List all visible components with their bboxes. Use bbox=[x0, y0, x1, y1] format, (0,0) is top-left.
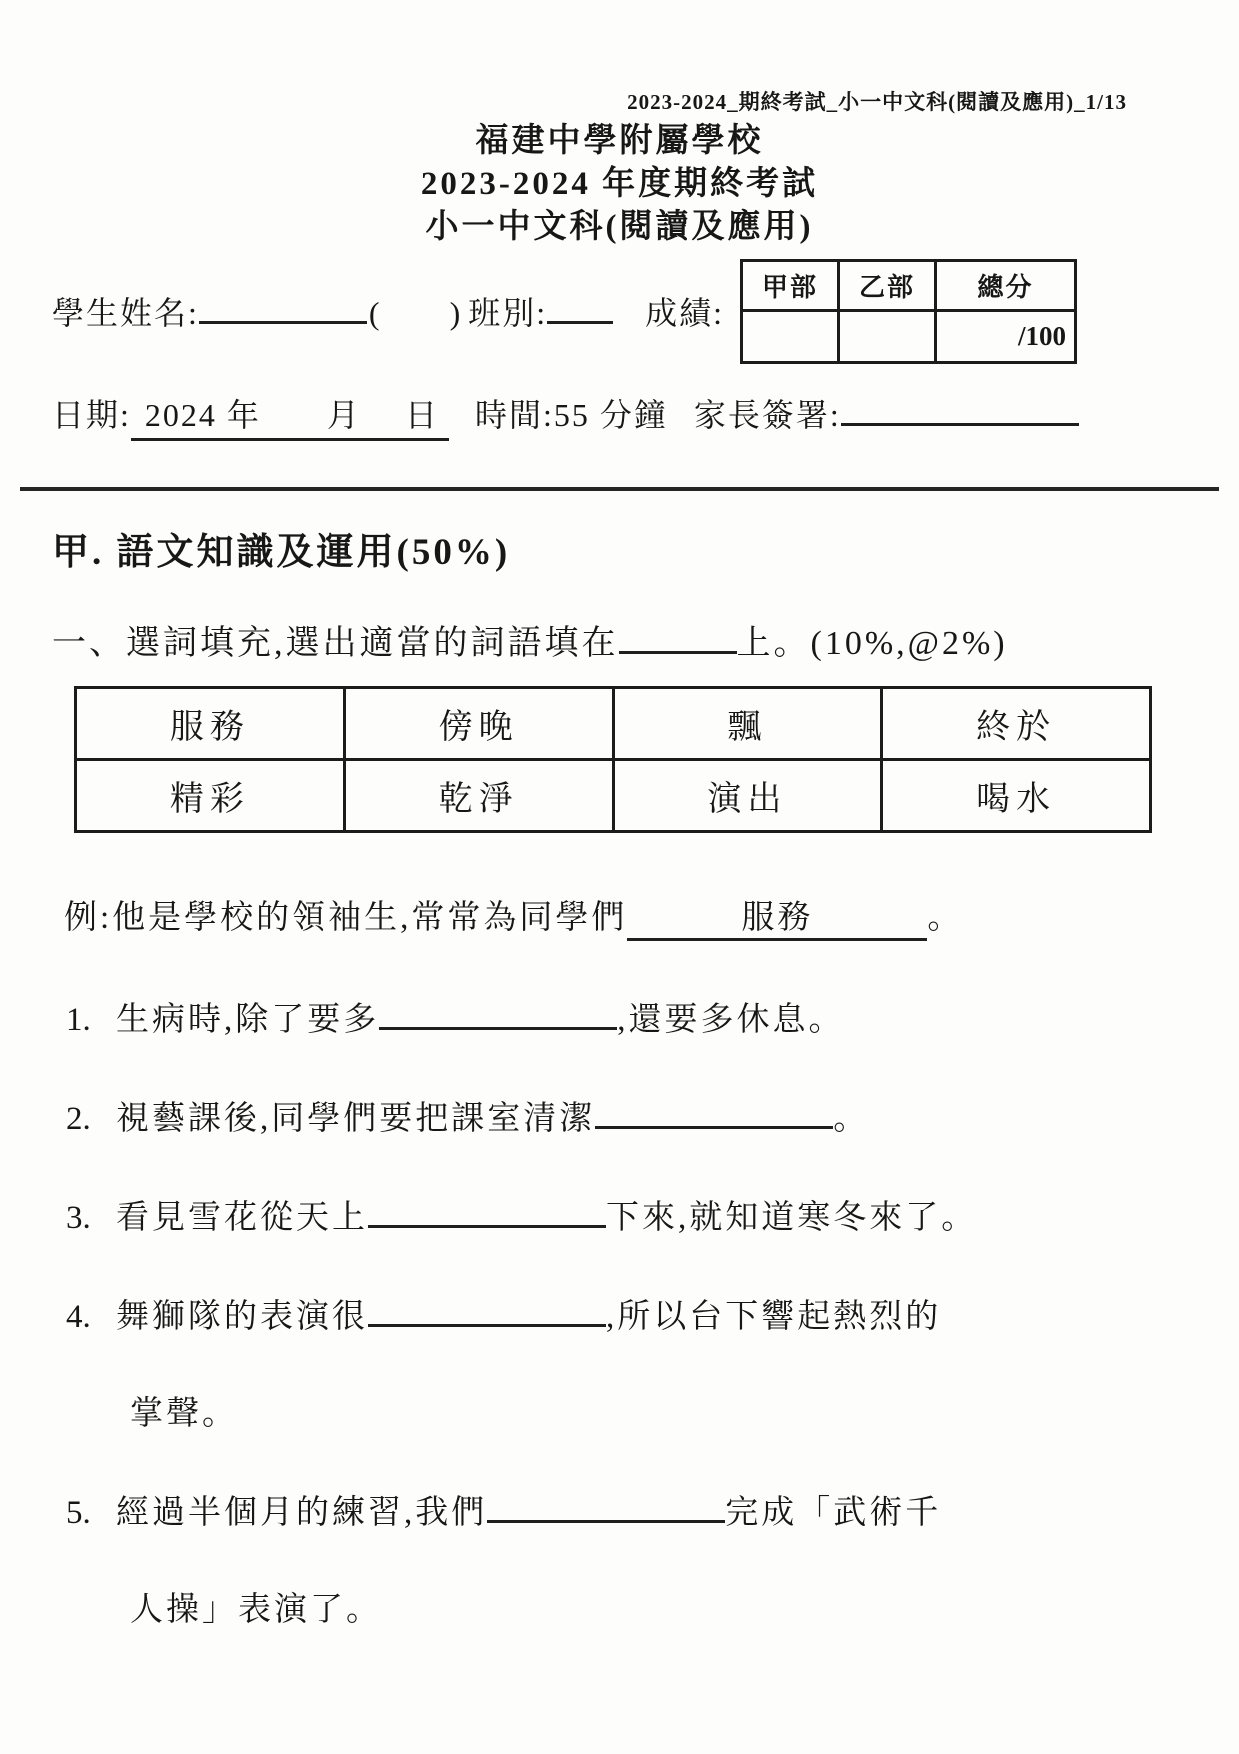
question-text-pre: 舞獅隊的表演很 bbox=[116, 1299, 368, 1335]
question-text-pre: 生病時,除了要多 bbox=[116, 1002, 379, 1038]
school-name: 福建中學附屬學校 bbox=[52, 120, 1187, 163]
question-text-pre: 經過半個月的練習,我們 bbox=[116, 1495, 487, 1531]
question-text-post: 下來,就知道寒冬來了。 bbox=[606, 1200, 977, 1236]
date-fill-line[interactable]: 2024 年月日 bbox=[131, 390, 449, 441]
class-field[interactable] bbox=[547, 321, 613, 324]
word-bank-table: 服務 傍晚 飄 終於 精彩 乾淨 演出 喝水 bbox=[74, 686, 1152, 833]
example-suffix: 。 bbox=[927, 900, 963, 936]
word-bank-cell: 傍晚 bbox=[344, 687, 613, 759]
class-label: 班別: bbox=[468, 288, 547, 334]
question-text-post: ,所以台下響起熱烈的 bbox=[606, 1299, 941, 1335]
question-text-post: 完成「武術千 bbox=[725, 1495, 941, 1531]
question-text: 視藝課後,同學們要把課室清潔。 bbox=[116, 1092, 869, 1139]
question-text: 看見雪花從天上下來,就知道寒冬來了。 bbox=[116, 1191, 977, 1238]
score-cell-part-a[interactable] bbox=[742, 310, 839, 362]
score-header-part-b: 乙部 bbox=[839, 260, 936, 310]
question-text-pre: 視藝課後,同學們要把課室清潔 bbox=[116, 1101, 595, 1137]
word-bank-cell: 精彩 bbox=[76, 759, 345, 831]
question-4: 4. 舞獅隊的表演很,所以台下響起熱烈的 bbox=[52, 1290, 1187, 1337]
date-label: 日期: bbox=[52, 390, 131, 436]
question-number: 5. bbox=[52, 1495, 116, 1532]
word-bank-cell: 乾淨 bbox=[344, 759, 613, 831]
question-text: 舞獅隊的表演很,所以台下響起熱烈的 bbox=[116, 1290, 941, 1337]
example-answer: 服務 bbox=[741, 900, 813, 936]
word-bank-cell: 演出 bbox=[613, 759, 882, 831]
question-text-post: ,還要多休息。 bbox=[617, 1002, 844, 1038]
word-bank-cell: 終於 bbox=[882, 687, 1151, 759]
score-header-part-a: 甲部 bbox=[742, 260, 839, 310]
exam-title: 2023-2024 年度期終考試 bbox=[52, 163, 1187, 206]
question-2: 2. 視藝課後,同學們要把課室清潔。 bbox=[52, 1092, 1187, 1139]
date-month-label: 月 bbox=[327, 397, 361, 433]
parent-signature-field[interactable] bbox=[841, 423, 1079, 426]
parent-signature-label: 家長簽署: bbox=[694, 390, 841, 436]
question-5: 5. 經過半個月的練習,我們完成「武術千 bbox=[52, 1486, 1187, 1533]
exam-subject: 小一中文科(閱讀及應用) bbox=[52, 206, 1187, 249]
question-1-instruction: 一、選詞填充,選出適當的詞語填在上。(10%,@2%) bbox=[52, 615, 1187, 664]
page-header-reference: 2023-2024_期終考試_小一中文科(閱讀及應用)_1/13 bbox=[52, 86, 1187, 116]
question-text: 生病時,除了要多,還要多休息。 bbox=[116, 993, 845, 1040]
question-text-pre: 看見雪花從天上 bbox=[116, 1200, 368, 1236]
student-name-label: 學生姓名: bbox=[52, 288, 199, 334]
answer-blank[interactable] bbox=[487, 1520, 725, 1523]
word-bank-row-1: 服務 傍晚 飄 終於 bbox=[76, 687, 1151, 759]
score-header-total: 總分 bbox=[936, 260, 1076, 310]
score-table-header-row: 甲部 乙部 總分 bbox=[742, 260, 1076, 310]
instruction-pre: 一、選詞填充,選出適當的詞語填在 bbox=[52, 625, 619, 662]
question-text-post: 。 bbox=[833, 1101, 869, 1137]
instruction-post: 上。(10%,@2%) bbox=[737, 625, 1008, 662]
exam-paper-page: 2023-2024_期終考試_小一中文科(閱讀及應用)_1/13 福建中學附屬學… bbox=[0, 0, 1239, 1754]
question-number: 2. bbox=[52, 1101, 116, 1138]
student-info-left: 學生姓名: ( ) 班別: 成績: bbox=[52, 288, 724, 334]
student-info-row: 學生姓名: ( ) 班別: 成績: 甲部 乙部 總分 /100 bbox=[52, 259, 1187, 364]
title-block: 福建中學附屬學校 2023-2024 年度期終考試 小一中文科(閱讀及應用) bbox=[52, 120, 1187, 249]
time-label: 時間:55 分鐘 bbox=[475, 390, 668, 436]
question-number: 3. bbox=[52, 1200, 116, 1237]
question-3: 3. 看見雪花從天上下來,就知道寒冬來了。 bbox=[52, 1191, 1187, 1238]
example-sentence: 例:他是學校的領袖生,常常為同學們服務。 bbox=[52, 891, 1187, 941]
word-bank-cell: 喝水 bbox=[882, 759, 1151, 831]
score-table-value-row: /100 bbox=[742, 310, 1076, 362]
word-bank-cell: 服務 bbox=[76, 687, 345, 759]
score-label: 成績: bbox=[645, 288, 724, 334]
instruction-blank bbox=[619, 651, 737, 654]
example-prefix: 例:他是學校的領袖生,常常為同學們 bbox=[64, 900, 627, 936]
question-text: 經過半個月的練習,我們完成「武術千 bbox=[116, 1486, 941, 1533]
answer-blank[interactable] bbox=[368, 1324, 606, 1327]
horizontal-divider bbox=[20, 487, 1219, 491]
word-bank-cell: 飄 bbox=[613, 687, 882, 759]
date-row: 日期: 2024 年月日 時間:55 分鐘 家長簽署: bbox=[52, 390, 1187, 441]
student-name-field[interactable] bbox=[199, 321, 367, 324]
question-number: 4. bbox=[52, 1299, 116, 1336]
date-year-text: 2024 年 bbox=[145, 397, 261, 433]
question-5-continuation: 人操」表演了。 bbox=[52, 1583, 1187, 1630]
score-cell-total[interactable]: /100 bbox=[936, 310, 1076, 362]
question-1: 1. 生病時,除了要多,還要多休息。 bbox=[52, 993, 1187, 1040]
score-cell-part-b[interactable] bbox=[839, 310, 936, 362]
question-4-continuation: 掌聲。 bbox=[52, 1387, 1187, 1434]
answer-blank[interactable] bbox=[595, 1126, 833, 1129]
word-bank-row-2: 精彩 乾淨 演出 喝水 bbox=[76, 759, 1151, 831]
date-day-label: 日 bbox=[405, 397, 439, 433]
answer-blank[interactable] bbox=[368, 1225, 606, 1228]
example-answer-blank: 服務 bbox=[627, 891, 927, 941]
score-table: 甲部 乙部 總分 /100 bbox=[740, 259, 1077, 364]
section-a-heading: 甲. 語文知識及運用(50%) bbox=[52, 521, 1187, 575]
question-number: 1. bbox=[52, 1002, 116, 1039]
answer-blank[interactable] bbox=[379, 1027, 617, 1030]
class-number-paren: ( ) bbox=[369, 288, 462, 334]
